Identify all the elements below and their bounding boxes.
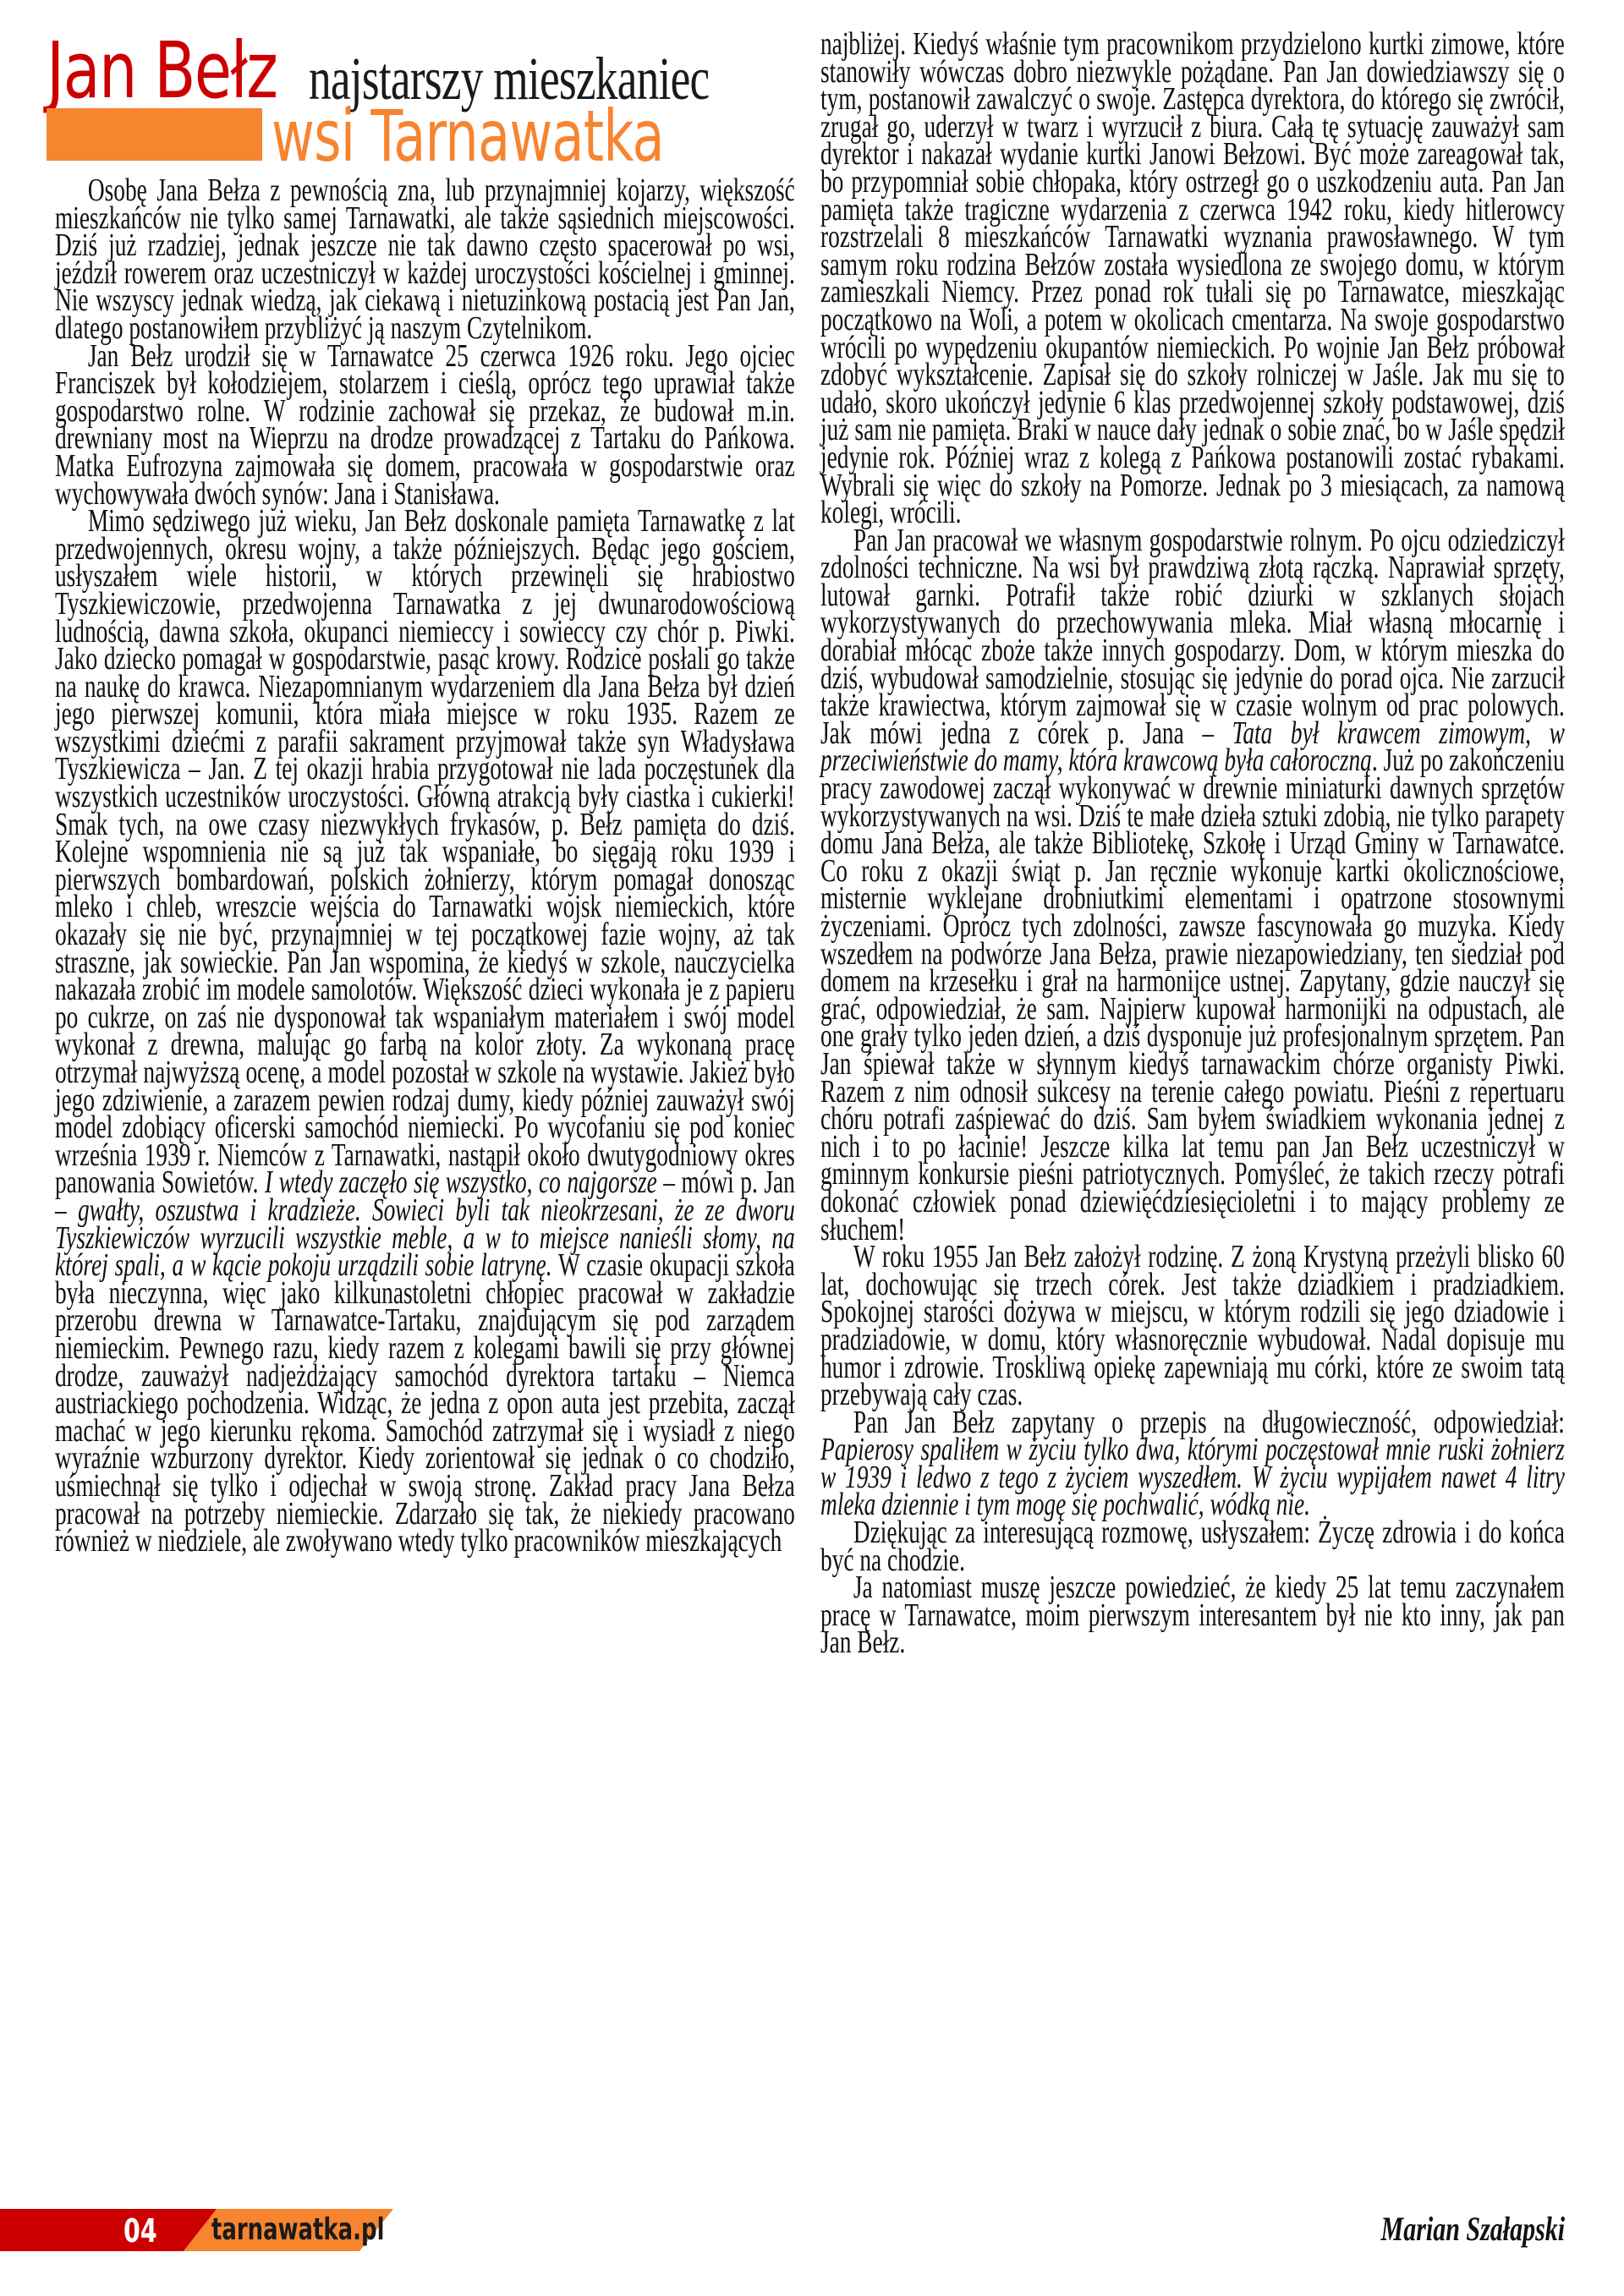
paragraph-text: Dziękując za interesującą rozmowę, usłys… xyxy=(820,1515,1565,1578)
paragraph-text: Jan Bełz urodził się w Tarnawatce 25 cze… xyxy=(55,338,795,512)
article-paragraph: W roku 1955 Jan Bełz założył rodzinę. Z … xyxy=(820,1243,1565,1409)
article-paragraph: Mimo sędziwego już wieku, Jan Bełz dosko… xyxy=(55,507,795,1555)
title-village: wsi Tarnawatka xyxy=(272,95,664,178)
column-text: Osobę Jana Bełza z pewnością zna, lub pr… xyxy=(55,177,795,1555)
article-paragraph: Dziękując za interesującą rozmowę, usłys… xyxy=(820,1519,1565,1574)
article-column-left: Osobę Jana Bełza z pewnością zna, lub pr… xyxy=(55,177,795,1555)
paragraph-text: najbliżej. Kiedyś właśnie tym pracowniko… xyxy=(820,26,1565,530)
column-text: najbliżej. Kiedyś właśnie tym pracowniko… xyxy=(820,30,1565,1657)
paragraph-text: Mimo sędziwego już wieku, Jan Bełz dosko… xyxy=(55,503,795,1200)
article-paragraph: Pan Jan pracował we własnym gospodarstwi… xyxy=(820,527,1565,1243)
paragraph-text: W roku 1955 Jan Bełz założył rodzinę. Z … xyxy=(820,1239,1565,1412)
title-name: Jan Bełz xyxy=(47,25,277,116)
page-number: 04 xyxy=(123,2212,157,2249)
author-byline: Marian Szałapski xyxy=(1380,2209,1565,2249)
paragraph-text: Osobę Jana Bełza z pewnością zna, lub pr… xyxy=(55,173,795,346)
site-url-link[interactable]: tarnawatka.pl xyxy=(211,2212,384,2247)
magazine-page: Jan Bełz najstarszy mieszkaniec wsi Tarn… xyxy=(0,0,1624,2296)
article-paragraph: Pan Jan Bełz zapytany o przepis na długo… xyxy=(820,1409,1565,1519)
quote-text: Papierosy spaliłem w życiu tylko dwa, kt… xyxy=(820,1432,1565,1522)
article-paragraph: Osobę Jana Bełza z pewnością zna, lub pr… xyxy=(55,177,795,342)
article-column-right: najbliżej. Kiedyś właśnie tym pracowniko… xyxy=(820,30,1565,1657)
paragraph-text: . Już po zakończeniu pracy zawodowej zac… xyxy=(820,743,1565,1247)
article-paragraph: Jan Bełz urodził się w Tarnawatce 25 cze… xyxy=(55,342,795,508)
article-paragraph: Ja natomiast muszę jeszcze powiedzieć, ż… xyxy=(820,1574,1565,1657)
article-title: Jan Bełz najstarszy mieszkaniec wsi Tarn… xyxy=(47,25,799,169)
paragraph-text: Ja natomiast muszę jeszcze powiedzieć, ż… xyxy=(820,1570,1565,1660)
paragraph-text: W czasie okupacji szkoła była nieczynna,… xyxy=(55,1247,795,1559)
title-accent-bar xyxy=(47,108,262,161)
article-paragraph: najbliżej. Kiedyś właśnie tym pracowniko… xyxy=(820,30,1565,527)
page-footer-badge: 04 tarnawatka.pl xyxy=(0,2209,423,2251)
